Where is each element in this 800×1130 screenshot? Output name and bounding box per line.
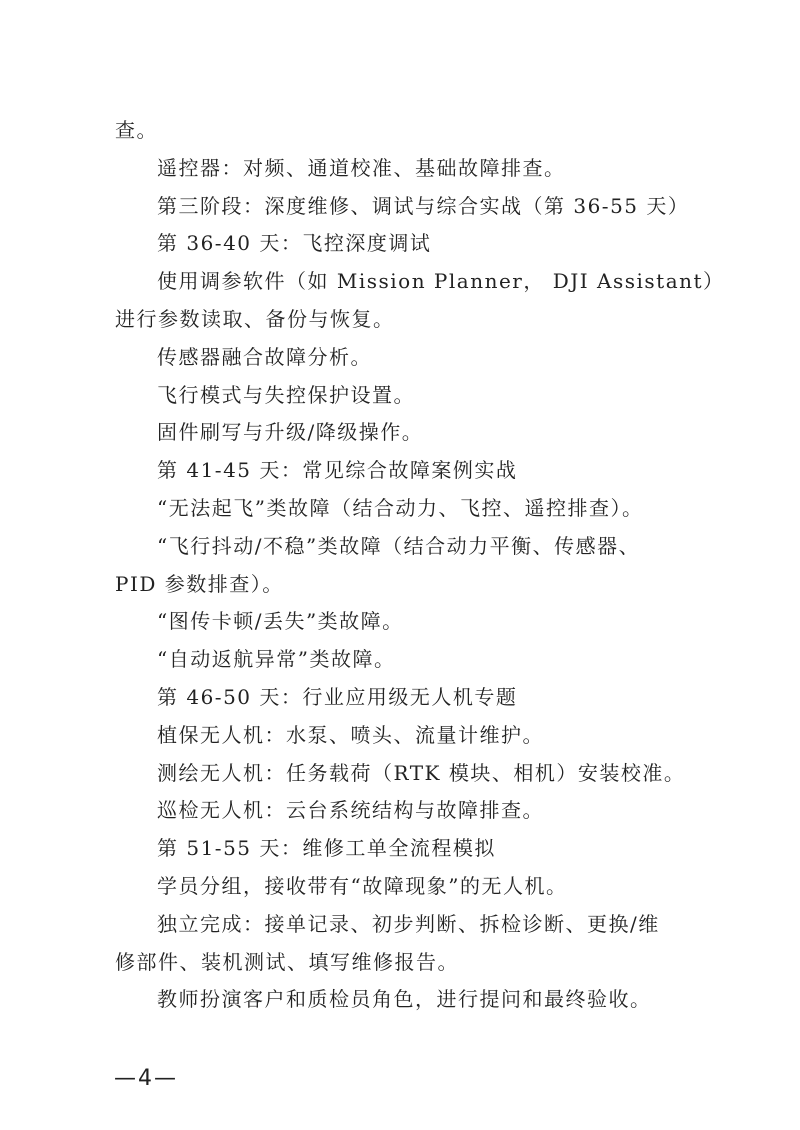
text-line: 使用调参软件（如 Mission Planner， DJI Assistant） <box>115 263 675 301</box>
text-line: 测绘无人机：任务载荷（RTK 模块、相机）安装校准。 <box>115 755 675 793</box>
text-line: 修部件、装机测试、填写维修报告。 <box>115 944 675 982</box>
subsection-heading: 第 51-55 天：维修工单全流程模拟 <box>115 830 675 868</box>
text-line: 教师扮演客户和质检员角色，进行提问和最终验收。 <box>115 981 675 1019</box>
text-line: “自动返航异常”类故障。 <box>115 641 675 679</box>
text-line: 遥控器：对频、通道校准、基础故障排查。 <box>115 150 675 188</box>
text-line: “飞行抖动/不稳”类故障（结合动力平衡、传感器、 <box>115 528 675 566</box>
subsection-heading: 第 46-50 天：行业应用级无人机专题 <box>115 679 675 717</box>
subsection-heading: 第 41-45 天：常见综合故障案例实战 <box>115 452 675 490</box>
text-line: 传感器融合故障分析。 <box>115 339 675 377</box>
text-line: 固件刷写与升级/降级操作。 <box>115 414 675 452</box>
text-line: 巡检无人机：云台系统结构与故障排查。 <box>115 792 675 830</box>
text-line: 植保无人机：水泵、喷头、流量计维护。 <box>115 717 675 755</box>
subsection-heading: 第 36-40 天：飞控深度调试 <box>115 225 675 263</box>
text-line: PID 参数排查）。 <box>115 566 675 604</box>
body-text: 查。 遥控器：对频、通道校准、基础故障排查。 第三阶段：深度维修、调试与综合实战… <box>115 112 675 1019</box>
section-heading: 第三阶段：深度维修、调试与综合实战（第 36-55 天） <box>115 188 675 226</box>
text-line: 学员分组，接收带有“故障现象”的无人机。 <box>115 868 675 906</box>
text-line: 独立完成：接单记录、初步判断、拆检诊断、更换/维 <box>115 906 675 944</box>
text-line: 进行参数读取、备份与恢复。 <box>115 301 675 339</box>
text-line: “无法起飞”类故障（结合动力、飞控、遥控排查）。 <box>115 490 675 528</box>
text-line: “图传卡顿/丢失”类故障。 <box>115 603 675 641</box>
text-line: 查。 <box>115 112 675 150</box>
page-number: —4— <box>114 1066 178 1091</box>
document-page: 查。 遥控器：对频、通道校准、基础故障排查。 第三阶段：深度维修、调试与综合实战… <box>0 0 800 1130</box>
text-line: 飞行模式与失控保护设置。 <box>115 377 675 415</box>
